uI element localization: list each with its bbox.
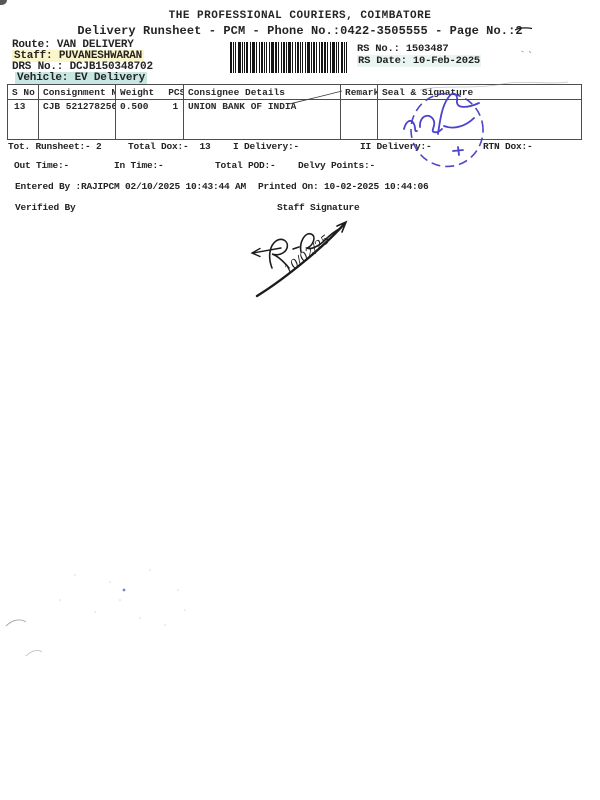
scan-specks-top-right: [521, 51, 531, 53]
rs-no-label: RS No.:: [357, 43, 400, 55]
signature-slash: [257, 223, 345, 296]
scan-corner-smudge: [0, 0, 7, 5]
entered-by-label: Entered By :: [15, 181, 81, 192]
rs-date-label: RS Date:: [358, 55, 407, 67]
cell-weight: 0.500: [120, 101, 149, 112]
col-weight-pcs: WeightPCS: [116, 85, 184, 100]
entered-by-value: RAJIPCM 02/10/2025 10:43:44 AM: [81, 181, 246, 192]
signature-loop: [301, 228, 341, 252]
col-seal-signature: Seal & Signature: [378, 85, 582, 100]
rtn-dox: RTN Dox:-: [483, 141, 533, 152]
tot-runsheet: Tot. Runsheet:- 2: [8, 141, 102, 152]
cell-remarks: [341, 100, 378, 140]
total-pod: Total POD:-: [215, 160, 276, 171]
cell-s-no: 13: [8, 100, 39, 140]
rtn-dox-label: RTN Dox:-: [483, 141, 533, 152]
i-delivery: I Delivery:-: [233, 141, 299, 152]
rs-date-value: 10-Feb-2025: [413, 55, 480, 67]
total-dox-label: Total Dox:-: [128, 141, 189, 152]
vehicle-value: EV Delivery: [75, 72, 145, 84]
printed-on-value: 10-02-2025 10:44:06: [324, 181, 429, 192]
col-consignee-details: Consignee Details: [184, 85, 341, 100]
col-weight: Weight: [120, 87, 154, 98]
signature-dash: [293, 247, 299, 249]
cell-consignee: UNION BANK OF INDIA: [184, 100, 341, 140]
signature-left-arrow: [252, 248, 281, 257]
cell-seal-signature: [378, 100, 582, 140]
barcode: [230, 42, 348, 73]
ii-delivery-label: II Delivery:-: [360, 141, 432, 152]
col-s-no: S No: [8, 85, 39, 100]
table-row: 13 CJB 521278256 0.5001 UNION BANK OF IN…: [8, 100, 582, 140]
staff-signature: 10/02/25: [252, 222, 346, 296]
signature-arrowhead: [337, 222, 346, 232]
in-time: In Time:-: [114, 160, 164, 171]
i-delivery-label: I Delivery:-: [233, 141, 299, 152]
rs-date-highlight: RS Date: 10-Feb-2025: [357, 55, 481, 67]
scan-ghost-marks: [6, 569, 186, 656]
table-header-row: S No Consignment No WeightPCS Consignee …: [8, 85, 582, 100]
signature-date-text: 10/02/25: [281, 232, 332, 276]
tot-runsheet-value: 2: [96, 141, 102, 152]
rs-date-line: RS Date: 10-Feb-2025: [357, 55, 481, 67]
total-dox-value: 13: [200, 141, 211, 152]
col-consignment-no: Consignment No: [39, 85, 116, 100]
col-remarks: Remarks: [341, 85, 378, 100]
entered-by: Entered By :RAJIPCM 02/10/2025 10:43:44 …: [15, 181, 246, 192]
printed-on-label: Printed On:: [258, 181, 319, 192]
verified-by-label: Verified By: [15, 202, 76, 213]
page-title: THE PROFESSIONAL COURIERS, COIMBATORE: [0, 10, 600, 22]
vehicle-highlight: Vehicle: EV Delivery: [15, 72, 147, 84]
cell-consignment-no: CJB 521278256: [39, 100, 116, 140]
cell-weight-pcs: 0.5001: [116, 100, 184, 140]
delivery-runsheet-document: THE PROFESSIONAL COURIERS, COIMBATORE De…: [0, 0, 600, 800]
tot-runsheet-label: Tot. Runsheet:-: [8, 141, 91, 152]
signature-initial-r: [270, 239, 289, 268]
consignment-table: S No Consignment No WeightPCS Consignee …: [7, 84, 582, 140]
col-pcs: PCS: [168, 87, 183, 98]
staff-signature-label: Staff Signature: [277, 202, 360, 213]
cell-pcs: 1: [173, 101, 179, 112]
ii-delivery: II Delivery:-: [360, 141, 432, 152]
rs-no-value: 1503487: [406, 43, 449, 55]
vehicle-label: Vehicle:: [17, 72, 68, 84]
printed-on: Printed On: 10-02-2025 10:44:06: [258, 181, 429, 192]
delvy-points: Delvy Points:-: [298, 160, 375, 171]
page-subtitle: Delivery Runsheet - PCM - Phone No.:0422…: [0, 24, 600, 38]
out-time: Out Time:-: [14, 160, 69, 171]
total-dox: Total Dox:- 13: [128, 141, 211, 152]
vehicle-line: Vehicle: EV Delivery: [15, 72, 147, 84]
rs-no-line: RS No.: 1503487: [357, 43, 449, 55]
